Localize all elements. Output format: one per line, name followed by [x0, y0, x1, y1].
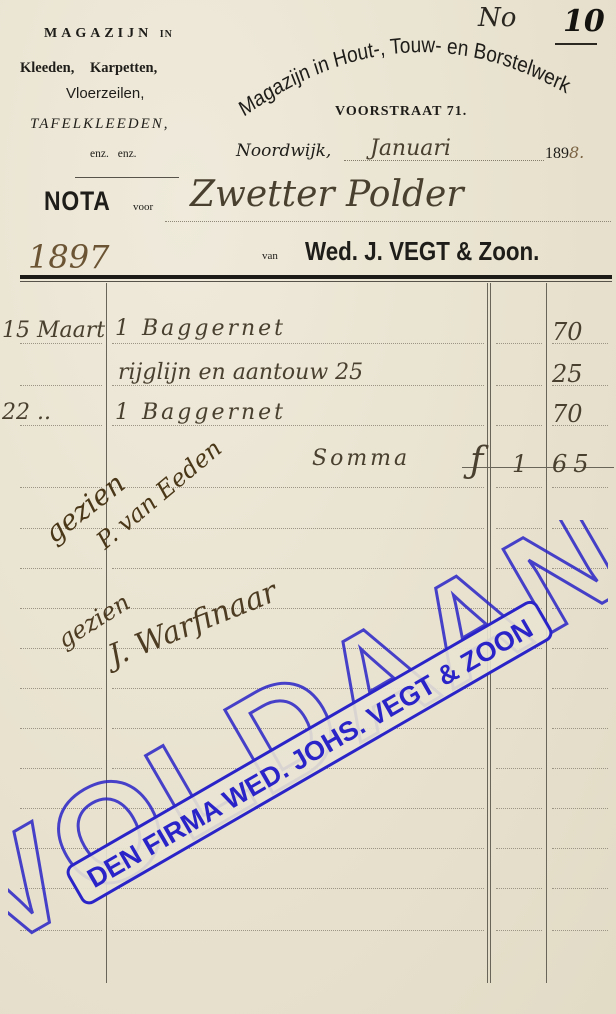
row-dots	[112, 425, 484, 426]
voldaan-stamp: VOLDAAN DEN FIRMA WED. JOHS. VEGT & ZOON	[8, 520, 608, 950]
number-value: 10	[563, 4, 605, 39]
magazijn-text: MAGAZIJN	[44, 26, 152, 41]
place-name: Noordwijk,	[236, 141, 331, 161]
row-dots	[20, 425, 102, 426]
total-cents: 65	[552, 450, 595, 478]
letterhead-divider	[75, 177, 179, 178]
nota-label: NOTA	[44, 186, 111, 217]
entry-1-description: 1 Baggernet	[115, 316, 286, 341]
month-handwritten: Januari	[370, 136, 451, 161]
number-underline	[555, 43, 597, 45]
row-dots	[112, 385, 484, 386]
letterhead-enz: enz. enz.	[90, 148, 137, 160]
row-dots	[496, 385, 542, 386]
number-label: No	[478, 3, 516, 33]
row-dots	[112, 343, 484, 344]
recipient-handwritten: Zwetter Polder	[190, 174, 464, 215]
invoice-document: MAGAZIJN IN Kleeden, Karpetten, Vloerzei…	[0, 0, 616, 1014]
entry-3-description: 1 Baggernet	[115, 400, 286, 425]
letterhead-kleeden: Kleeden, Karpetten,	[20, 60, 157, 77]
header-thin-rule	[20, 281, 612, 282]
firm-name: Wed. J. VEGT & Zoon.	[305, 236, 539, 267]
row-dots	[496, 425, 542, 426]
entry-3-amount: 70	[552, 400, 583, 428]
year-handwritten-digit: 8.	[569, 143, 584, 162]
letterhead-vloerzeilen: Vloerzeilen,	[66, 85, 144, 102]
van-label: van	[262, 250, 278, 262]
year-printed: 1898.	[545, 143, 584, 163]
row-dots	[552, 487, 608, 488]
row-dots	[496, 343, 542, 344]
entry-1-date: 15 Maart	[2, 318, 105, 343]
year-handwritten: 1897	[28, 238, 109, 276]
arched-title: Magazijn in Hout-, Touw- en Borstelwerk	[232, 18, 612, 138]
entry-1-amount: 70	[552, 318, 583, 346]
total-guilders: 1	[512, 450, 527, 478]
address: VOORSTRAAT 71.	[335, 104, 467, 120]
letterhead-tafelkleeden: TAFELKLEEDEN,	[30, 116, 169, 133]
total-label: Somma	[312, 446, 410, 471]
year-printed-digits: 189	[545, 145, 569, 162]
guilder-sign: ƒ	[470, 440, 483, 481]
header-thick-rule	[20, 275, 612, 279]
row-dots	[20, 343, 102, 344]
voor-label: voor	[133, 201, 153, 213]
entry-2-amount: 25	[552, 360, 583, 388]
recipient-dotted-line	[165, 221, 611, 222]
row-dots	[20, 385, 102, 386]
row-dots	[496, 487, 542, 488]
entry-2-description: rijglijn en aantouw 25	[118, 360, 363, 385]
in-text: IN	[160, 29, 173, 40]
letterhead-magazijn: MAGAZIJN IN	[44, 26, 173, 42]
entry-3-date: 22 ..	[2, 400, 51, 425]
